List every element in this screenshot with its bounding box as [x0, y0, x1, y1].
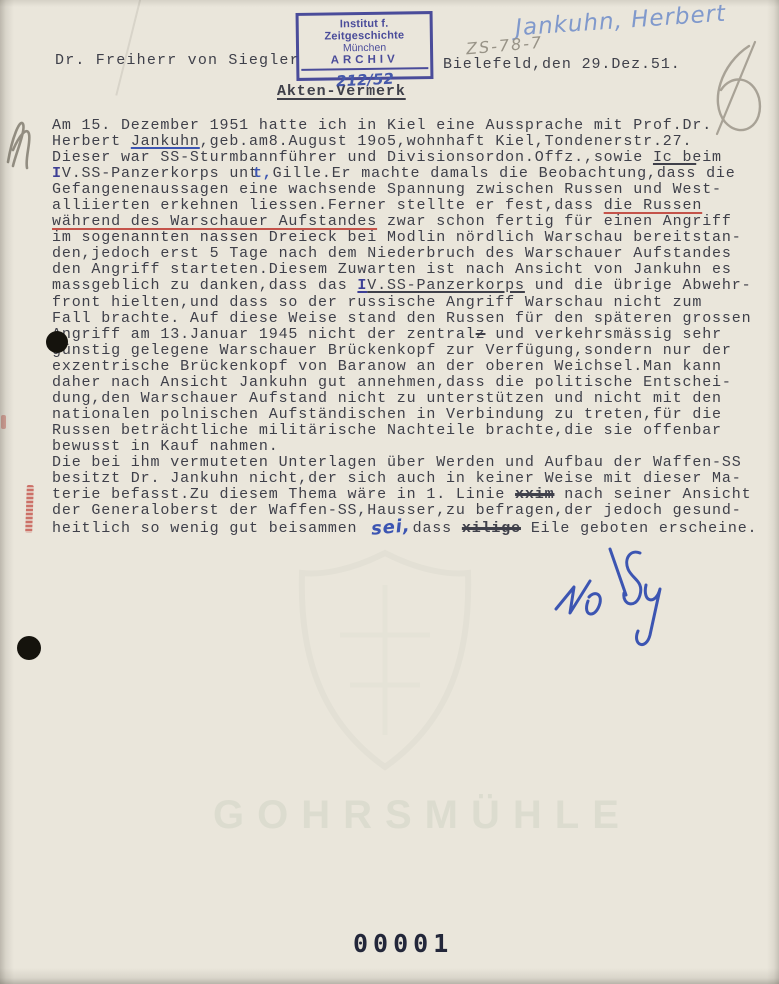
text-line: günstig gelegene Warschauer Brückenkopf … [52, 343, 767, 359]
text-segment: während des Warschauer Aufstandes [52, 213, 377, 230]
red-edge-speck [1, 415, 6, 429]
text-segment: V.SS-Panzerkorps unt [62, 165, 259, 182]
signature-icon [550, 543, 670, 661]
archive-stamp: Institut f. Zeitgeschichte München ARCHI… [296, 11, 434, 81]
text-segment: beim [673, 149, 722, 166]
text-segment: sei, [371, 518, 412, 537]
text-line: während des Warschauer Aufstandes zwar s… [52, 214, 767, 230]
handwritten-name-annotation: Jankuhn, Herbert [514, 1, 727, 42]
text-segment: Herbert [52, 133, 131, 150]
red-margin-mark [25, 485, 34, 533]
text-line: heitlich so wenig gut beisammen sei,dass… [52, 519, 767, 535]
text-line: massgeblich zu danken,dass das IV.SS-Pan… [52, 278, 767, 294]
text-segment: ,geb.am8.August 19o5,wohnhaft Kiel,Tonde… [200, 133, 693, 150]
text-line: IV.SS-Panzerkorps untt,Gille.Er machte d… [52, 166, 767, 182]
text-line: front hielten,und dass so der russische … [52, 295, 767, 311]
text-segment: dass [413, 520, 462, 537]
pencil-margin-mark-icon [2, 110, 36, 172]
text-segment: heitlich so wenig gut beisammen [52, 520, 367, 537]
text-line: terie befasst.Zu diesem Thema wäre in 1.… [52, 487, 767, 503]
text-segment: dass [657, 165, 696, 182]
text-segment: Russen beträchtliche militärische Nachte… [52, 422, 722, 439]
paper-watermark-crest-icon [290, 545, 480, 775]
text-line: besitzt Dr. Jankuhn nicht,der sich auch … [52, 471, 767, 487]
text-line: Am 15. Dezember 1951 hatte ich in Kiel e… [52, 118, 767, 134]
stamp-archiv-line: ARCHIV [299, 53, 430, 67]
text-segment: und verkehrsmässig sehr [485, 326, 721, 343]
text-segment: daher nach Ansicht Jankuhn gut annehmen,… [52, 374, 732, 391]
text-segment: Die bei ihm vermuteten Unterlagen über W… [52, 454, 742, 471]
text-segment: Fall brachte. Auf diese Weise stand den … [52, 310, 751, 327]
text-segment: z [476, 326, 486, 343]
text-segment: Eile geboten erscheine. [521, 520, 757, 537]
text-line: Angriff am 13.Januar 1945 nicht der zent… [52, 327, 767, 343]
text-segment: im sogenannten nassen Dreieck bei Modlin… [52, 229, 742, 246]
paper-fold-line [115, 0, 142, 96]
text-line: Die bei ihm vermuteten Unterlagen über W… [52, 455, 767, 471]
text-segment: I [52, 165, 62, 182]
text-segment: front hielten,und dass so der russische … [52, 294, 702, 311]
paper-watermark-text: GOHRSMÜHLE [213, 793, 632, 838]
place-and-date: Bielefeld,den 29.Dez.51. [443, 56, 681, 73]
punch-hole [46, 331, 68, 353]
text-line: Gefangenenaussagen eine wachsende Spannu… [52, 182, 767, 198]
author-name: Dr. Freiherr von Siegler [55, 52, 300, 69]
text-segment: Jankuhn [131, 133, 200, 150]
text-segment: und die übrige Abwehr- [525, 277, 752, 294]
text-segment: I [357, 277, 367, 294]
text-segment: xilige [462, 520, 521, 537]
text-line: bewusst in Kauf nahmen. [52, 439, 767, 455]
text-segment: nationalen polnischen Aufständischen in … [52, 406, 722, 423]
text-line: Russen beträchtliche militärische Nachte… [52, 423, 767, 439]
text-line: alliierten erkehnen liessen.Ferner stell… [52, 198, 767, 214]
text-line: den Angriff starteten.Diesem Zuwarten is… [52, 262, 767, 278]
text-segment: bewusst in Kauf nahmen. [52, 438, 279, 455]
stamp-number-handwritten: 212/52 [299, 68, 431, 92]
text-line: exzentrische Brückenkopf von Baranow an … [52, 359, 767, 375]
text-line: dung,den Warschauer Aufstand nicht zu un… [52, 391, 767, 407]
text-segment: günstig gelegene Warschauer Brückenkopf … [52, 342, 732, 359]
text-line: daher nach Ansicht Jankuhn gut annehmen,… [52, 375, 767, 391]
text-line: Dieser war SS-Sturmbannführer und Divisi… [52, 150, 767, 166]
text-line: Fall brachte. Auf diese Weise stand den … [52, 311, 767, 327]
text-segment: nach seiner Ansicht [554, 486, 751, 503]
text-segment: V.SS-Panzerkorps [367, 277, 525, 294]
scanned-document-page: GOHRSMÜHLE Dr. Freiherr von Siegler Biel… [0, 0, 779, 984]
stamp-institute-line: Institut f. Zeitgeschichte [299, 17, 430, 43]
text-segment: Dieser war SS-Sturmbannführer und Divisi… [52, 149, 653, 166]
text-segment: terie befasst.Zu diesem Thema wäre in 1.… [52, 486, 515, 503]
text-segment: Gille.Er machte damals die Beobachtung, [273, 165, 657, 182]
text-line: im sogenannten nassen Dreieck bei Modlin… [52, 230, 767, 246]
text-segment: Gefangenenaussagen eine wachsende Spannu… [52, 181, 722, 198]
text-segment: xxim [515, 486, 554, 503]
text-segment: Angriff am 13.Januar 1945 nicht der zent… [52, 326, 476, 343]
text-segment: alliierten erkehnen liessen.Ferner stell… [52, 197, 604, 214]
document-body: Am 15. Dezember 1951 hatte ich in Kiel e… [52, 118, 767, 535]
text-segment: dung,den Warschauer Aufstand nicht zu un… [52, 390, 722, 407]
text-segment: Ic [653, 149, 673, 166]
text-segment: die [696, 165, 735, 182]
text-segment: den Angriff starteten.Diesem Zuwarten is… [52, 261, 732, 278]
text-segment: die Russen [604, 197, 703, 214]
page-number-stamp: 00001 [353, 929, 453, 958]
text-line: Herbert Jankuhn,geb.am8.August 19o5,wohn… [52, 134, 767, 150]
text-segment: den,jedoch erst 5 Tage nach dem Niederbr… [52, 245, 732, 262]
text-segment: t, [253, 165, 273, 182]
handwritten-reference-number: ZS-78-7 [465, 33, 544, 59]
text-segment: massgeblich zu danken,dass das [52, 277, 357, 294]
text-segment: Am 15. Dezember 1951 hatte ich in Kiel e… [52, 117, 712, 134]
text-segment: exzentrische Brückenkopf von Baranow an … [52, 358, 722, 375]
text-line: der Generaloberst der Waffen-SS,Hausser,… [52, 503, 767, 519]
text-segment: besitzt Dr. Jankuhn nicht,der sich auch … [52, 470, 742, 487]
text-line: nationalen polnischen Aufständischen in … [52, 407, 767, 423]
text-segment: zwar schon fertig für einen Angriff [377, 213, 732, 230]
text-line: den,jedoch erst 5 Tage nach dem Niederbr… [52, 246, 767, 262]
punch-hole [17, 636, 41, 660]
